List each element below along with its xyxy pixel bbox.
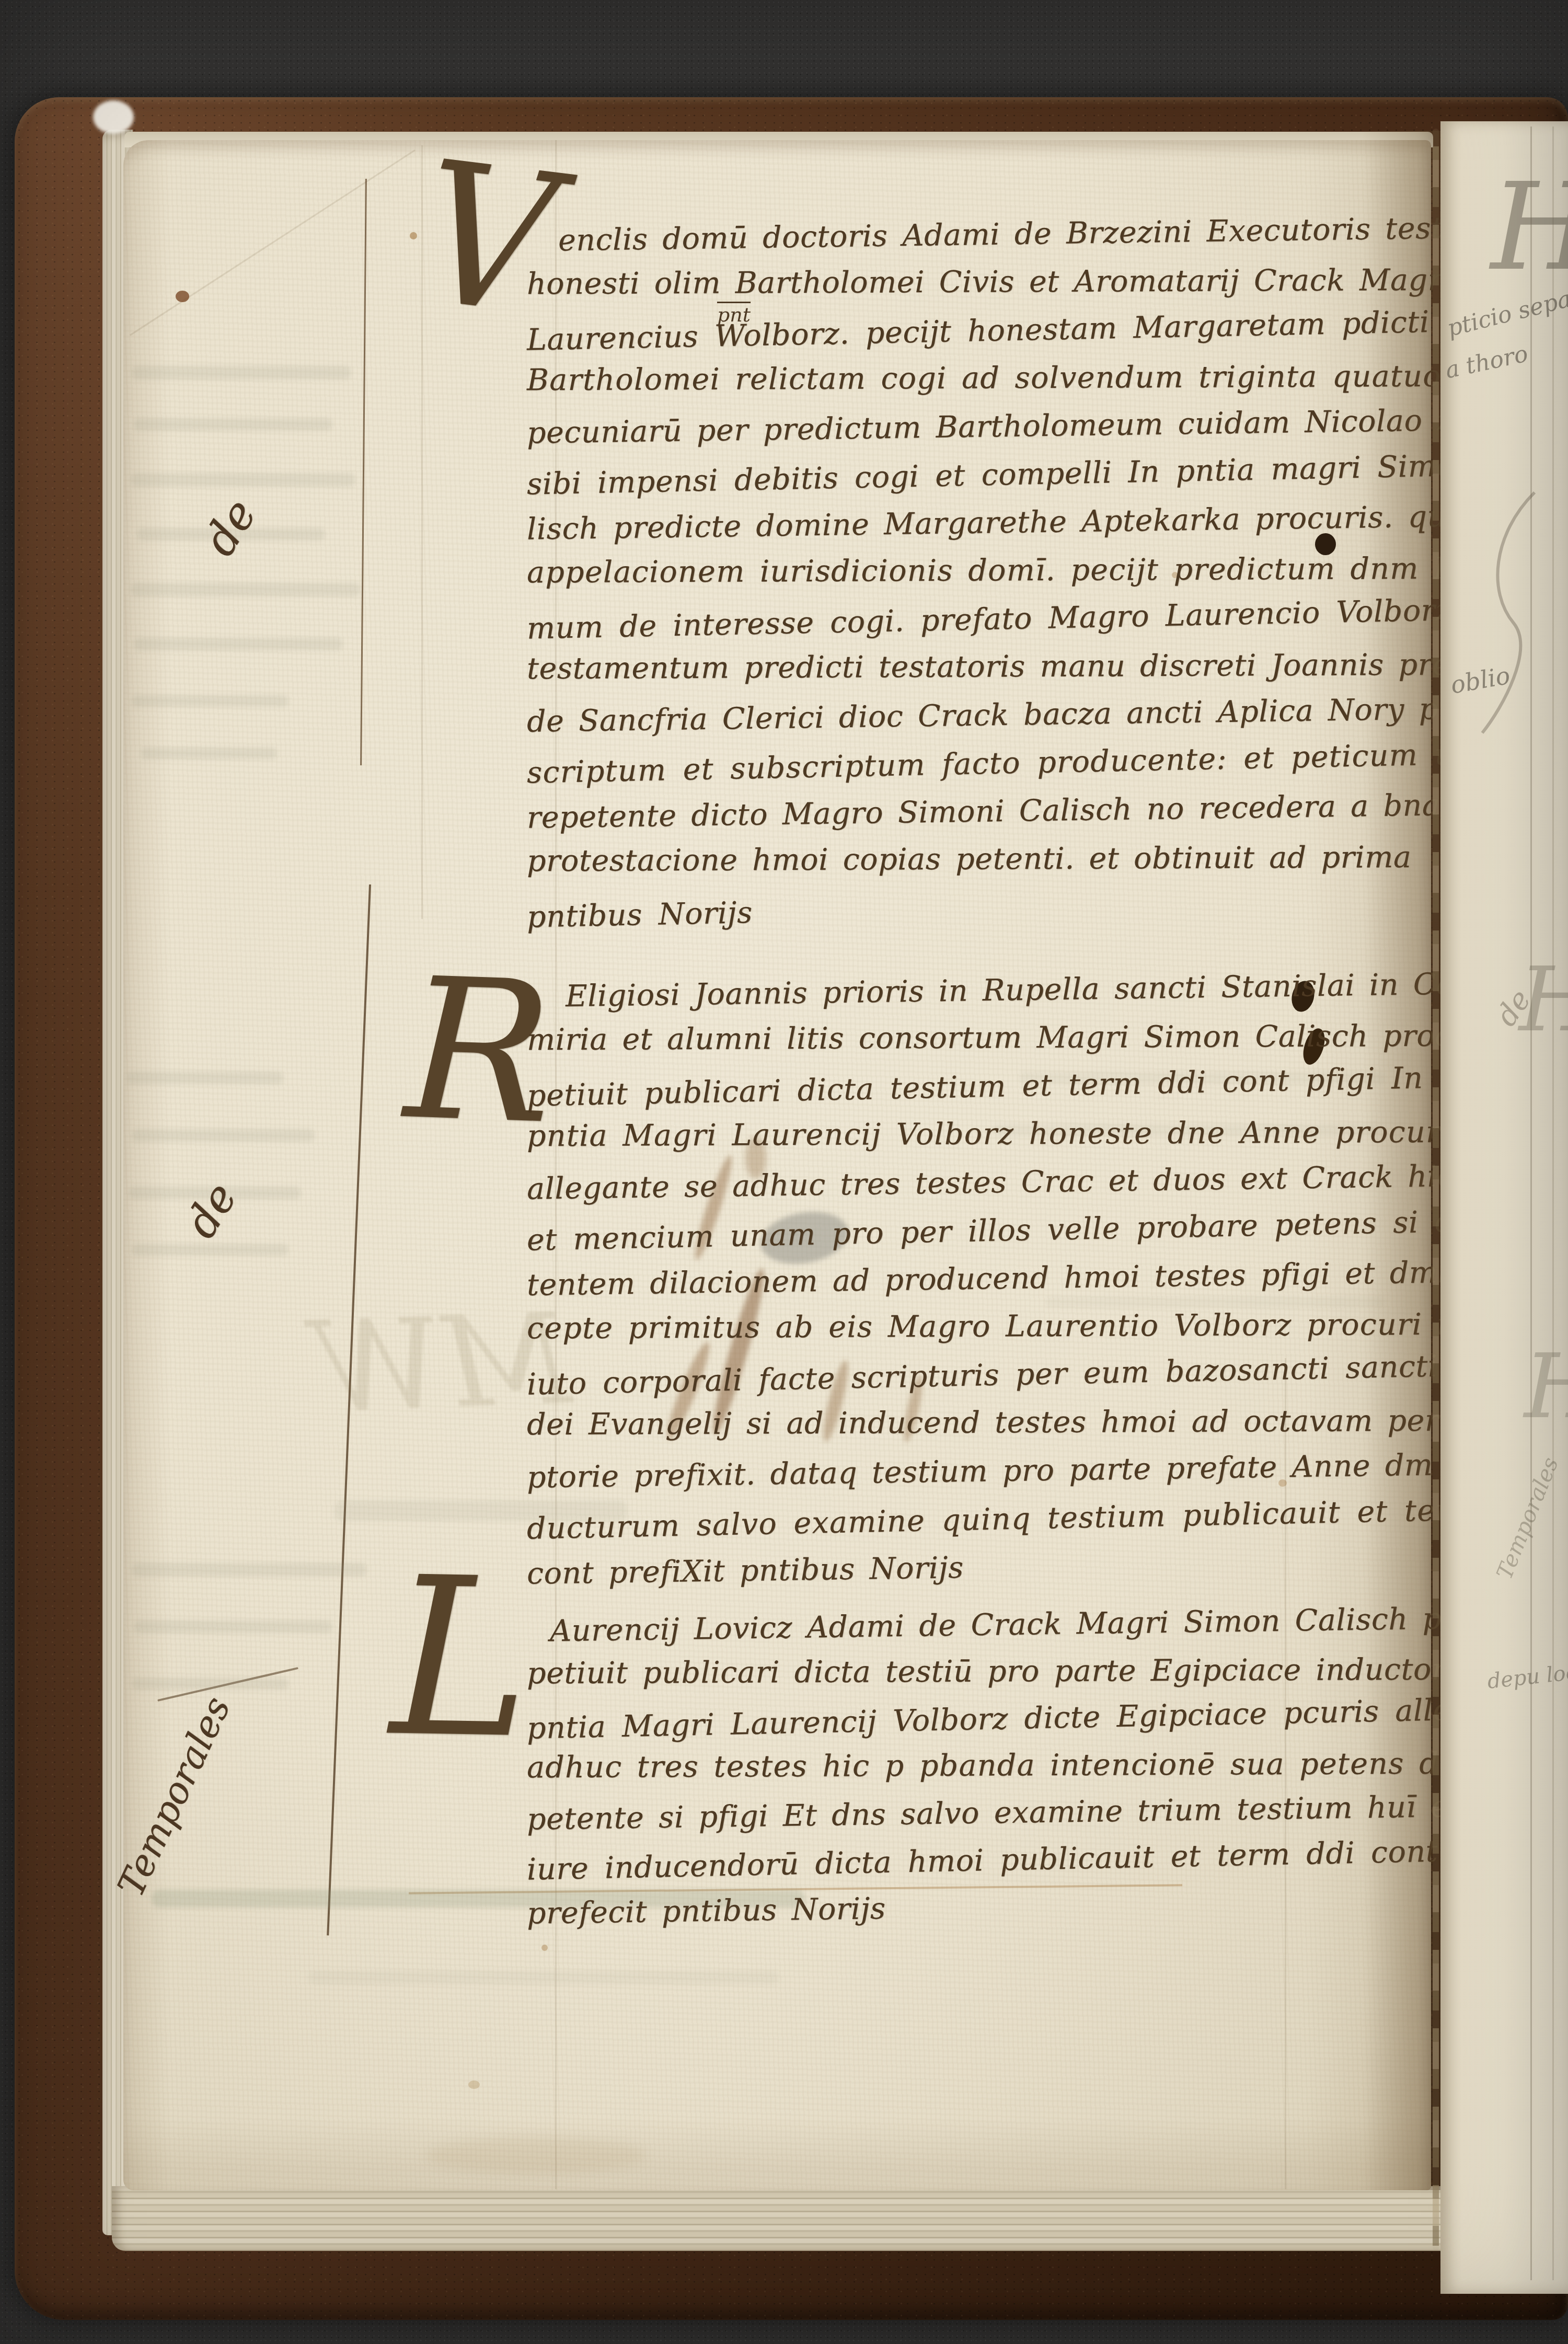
bleedthrough-ghost (126, 1072, 283, 1084)
bleedthrough-ghost (131, 583, 361, 596)
initial-letter: L (389, 1548, 531, 1769)
bleedthrough-ghost (131, 473, 355, 487)
interlinear-note: pnt (717, 303, 751, 326)
fore-edge-line (1552, 127, 1554, 2280)
fox-spot (176, 291, 189, 302)
bleedthrough-ghost (132, 695, 289, 707)
bleedthrough-ghost (132, 1244, 289, 1256)
fore-edge-line (1530, 127, 1532, 2280)
facing-page-edge: H pticio separacõis a thoro oblio H de H… (1440, 121, 1568, 2294)
bleedthrough-ghost (132, 1678, 289, 1690)
fox-spot (410, 232, 417, 239)
facing-initial-h-low: H (1524, 1335, 1568, 1439)
page-stack-edge-bottom (112, 2186, 1453, 2251)
headband-fibers (93, 100, 134, 134)
bleedthrough-ghost (134, 638, 343, 650)
bleedthrough-ghost (134, 1621, 332, 1633)
facing-note-athoro: a thoro (1443, 340, 1530, 384)
bleedthrough-ghost (132, 1563, 367, 1577)
fox-spot (468, 2081, 480, 2089)
bleedthrough-ghost (308, 1971, 779, 1984)
manuscript-photograph: MW V enclis domū doctoris Adami de Brzez… (0, 0, 1568, 2344)
flourish-mark (1472, 487, 1561, 738)
facing-initial-h-top: H (1491, 158, 1568, 297)
bleedthrough-ghost (132, 1129, 315, 1142)
bleedthrough-ghost (132, 366, 351, 380)
facing-note-depu: depu loci (1486, 1660, 1568, 1694)
manuscript-page: MW V enclis domū doctoris Adami de Brzez… (123, 140, 1431, 2190)
fox-spot (541, 1945, 548, 1951)
bleedthrough-ghost (134, 418, 332, 431)
torn-page-edge (1433, 129, 1439, 2251)
bleedthrough-ghost (141, 748, 277, 759)
water-stain (426, 2137, 646, 2174)
gutter-shadow (1362, 131, 1440, 2190)
